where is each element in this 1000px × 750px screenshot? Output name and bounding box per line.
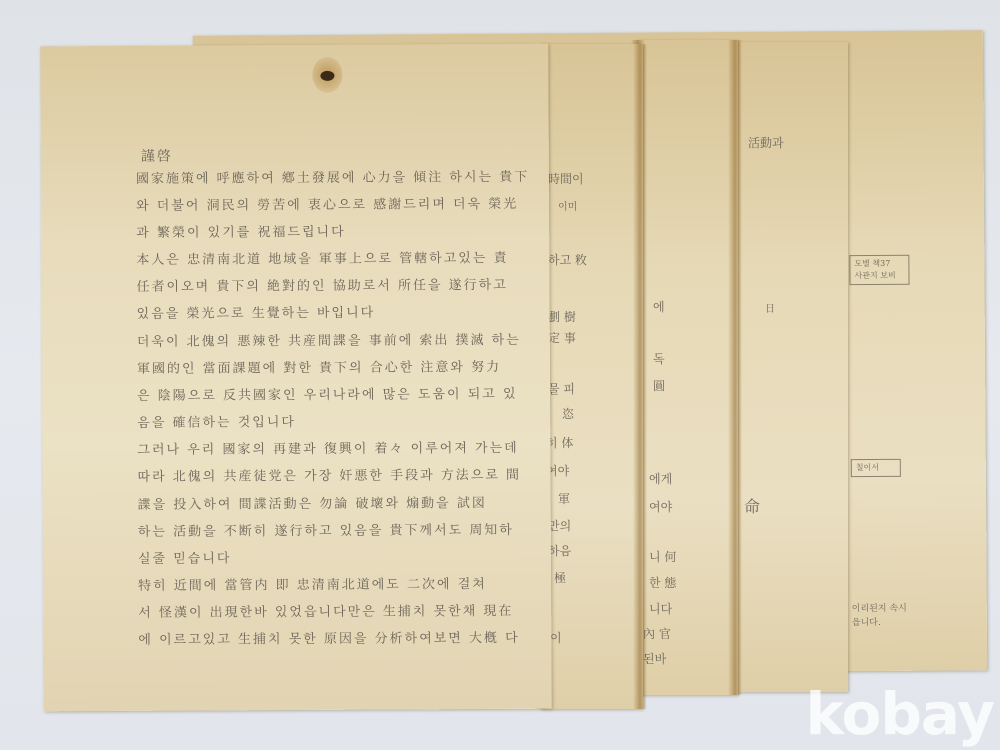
sheet2-fragment: 물 피 [548, 380, 575, 397]
sheet2-fragment: 定 事 [548, 329, 576, 346]
diagram-box-line: 도별 책37 [854, 258, 904, 270]
kobay-watermark: kobay [805, 680, 994, 748]
sheet4-fragment: 日 [765, 300, 775, 315]
letter-title: 謹啓 [141, 146, 173, 166]
letter-line: 하는 活動을 不断히 遂行하고 있음을 貴下께서도 周知하 [138, 519, 514, 540]
sheet4-heading-fragment: 活動과 [748, 134, 784, 151]
sheet4-fragment: 命 [744, 494, 760, 517]
letter-line: 있음을 榮光으로 生覺하는 바입니다 [137, 302, 376, 322]
sheet3-fragment: 에게 [649, 470, 672, 487]
letter-line: 따라 北傀의 共産徒党은 가장 奸悪한 手段과 方法으로 間 [137, 464, 521, 485]
sheet3-fragment: 圓 [653, 377, 665, 394]
letter-line: 國家施策에 呼應하여 鄕土發展에 心力을 傾注 하시는 貴下 [136, 166, 529, 187]
letter-line: 와 더불어 洞民의 勞苦에 衷心으로 感謝드리며 더욱 榮光 [136, 193, 518, 214]
sheet3-fragment: 한 態 [649, 574, 676, 591]
document-sheet-2: 時間이 이미 하고 敉 劃 樹 定 事 물 피 恣 히 体 여야 軍 만의 하음… [540, 44, 643, 709]
letter-line: 그러나 우리 國家의 再建과 復興이 着々 이루어져 가는데 [137, 437, 518, 458]
diagram-box-1: 도별 책37 사관지 보비 [849, 255, 909, 285]
sheet2-fragment: 이미 [558, 198, 577, 213]
sheet2-fragment: 만의 [548, 517, 571, 534]
letter-line: 더욱이 北傀의 悪辣한 共産間諜을 事前에 索出 撲滅 하는 [137, 329, 521, 350]
sheet3-fragment: 니다 [649, 600, 672, 617]
letter-line: 과 繁榮이 있기를 祝福드립니다 [136, 221, 346, 241]
sheet2-fragment: 이 [550, 629, 562, 646]
main-letter-sheet: 謹啓 國家施策에 呼應하여 鄕土發展에 心力을 傾注 하시는 貴下 와 더불어 … [40, 44, 551, 712]
letter-line: 任者이오며 貴下의 絶對的인 協助로서 所任을 遂行하고 [136, 274, 507, 295]
sheet5-footer-line: 이리된지 속시 [852, 601, 907, 614]
sheet2-fragment: 劃 樹 [548, 308, 576, 325]
sheet2-fragment: 時間이 [548, 170, 584, 187]
sheet5-footer-line: 읍니다. [852, 615, 881, 628]
sheet2-fragment: 極 [554, 569, 566, 586]
sheet3-fragment: 內 官 [643, 625, 671, 642]
letter-line: 諜을 投入하여 間諜活動은 勿論 破壞와 煽動을 試図 [138, 492, 487, 513]
sheet3-fragment: 에 [653, 298, 665, 315]
document-sheet-4: 活動과 日 命 [730, 42, 848, 692]
letter-line: 에 이르고있고 生捕치 못한 原因을 分析하여보면 大槪 다 [138, 627, 519, 648]
letter-line: 서 怪漢이 出現한바 있었읍니다만은 生捕치 못한채 現在 [138, 600, 513, 621]
document-sheet-3: 에 독 圓 에게 여야 니 何 한 態 니다 內 官 된바 [635, 40, 738, 695]
sheet2-fragment: 恣 [562, 405, 574, 422]
letter-line: 特히 近間에 當管内 即 忠清南北道에도 二次에 걸쳐 [138, 573, 487, 594]
sheet2-fragment: 軍 [558, 490, 570, 507]
burn-mark [320, 71, 334, 81]
sheet2-fragment: 하음 [548, 542, 571, 559]
diagram-box-2: 칠이서 [851, 459, 901, 477]
sheet3-fragment: 니 何 [649, 548, 676, 565]
letter-line: 軍國的인 當面課題에 對한 貴下의 合心한 注意와 努力 [137, 356, 501, 377]
letter-line: 本人은 忠清南北道 地域을 軍事上으로 管轄하고있는 責 [136, 247, 508, 268]
letter-line: 은 陰陽으로 反共國家인 우리나라에 많은 도움이 되고 있 [137, 383, 518, 404]
letter-line: 실줄 믿습니다 [138, 547, 232, 566]
sheet2-fragment: 하고 敉 [548, 251, 587, 268]
diagram-box-line: 사관지 보비 [854, 270, 904, 282]
sheet3-fragment: 여야 [649, 498, 672, 515]
letter-line: 음을 確信하는 것입니다 [137, 411, 296, 431]
sheet3-fragment: 독 [653, 350, 665, 367]
